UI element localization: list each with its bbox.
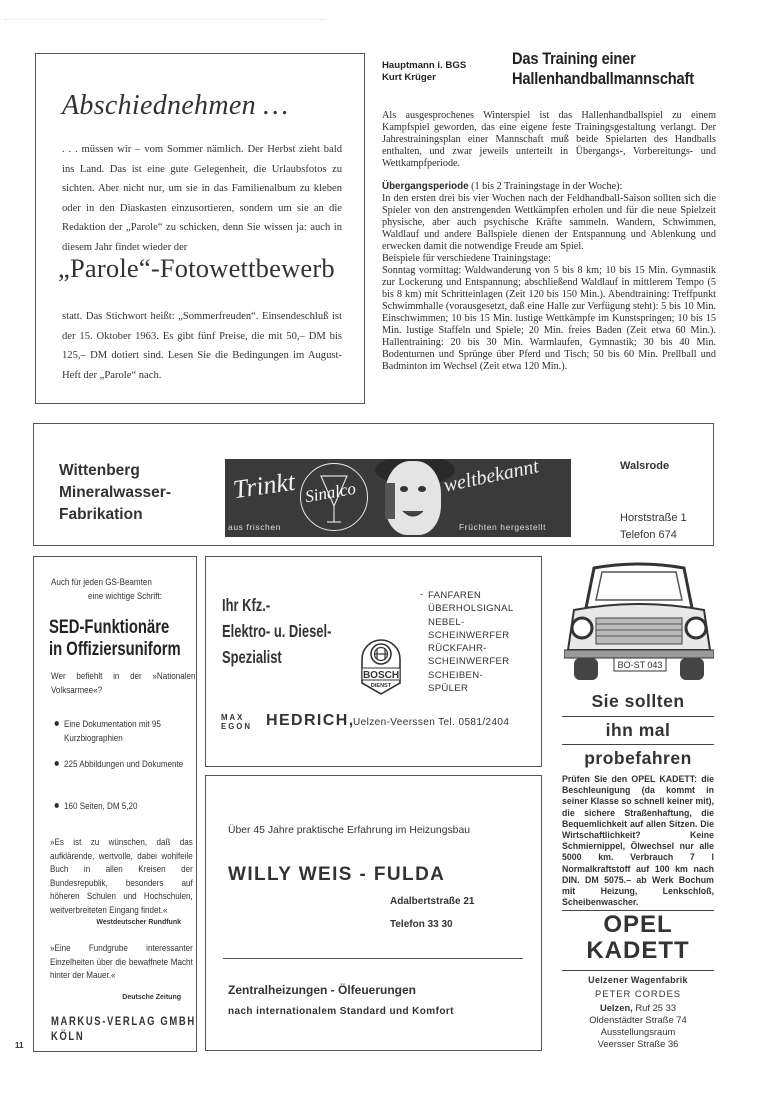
dealer-city: Uelzen, [600,1002,633,1013]
opel-kadett-ad: BO-ST 043 Sie sollten ihn mal probefahre… [562,555,714,1050]
bosch-list-dash: - [420,589,423,600]
service-item: SPÜLER [428,682,513,695]
sinalco-city: Walsrode [620,460,669,472]
section-sub: (1 bis 2 Trainingstage in der Woche): [469,181,623,192]
book-title-line1: SED-Funktionäre [49,617,181,639]
book-bullet: 160 Seiten, DM 5,20 [64,799,195,813]
bosch-first-names: MAX EGON [221,714,252,731]
book-quote-source: Deutsche Zeitung [122,994,181,1001]
training-section: Übergangsperiode (1 bis 2 Trainingstage … [382,181,716,373]
headline-line: Spezialist [222,644,331,670]
weis-street: Adalbertstraße 21 [390,896,474,907]
author-name: Kurt Krüger [382,72,466,84]
sinalco-banner-image: Trinkt Sinalco weltbekannt aus frischen … [225,459,571,537]
bosch-surname: HEDRICH, [266,712,355,730]
banner-trinkt: Trinkt [231,467,297,505]
brand-line: OPEL [562,912,714,938]
parole-contest-heading: „Parole“-Fotowettbewerb [58,253,335,284]
training-author: Hauptmann i. BGS Kurt Krüger [382,60,466,84]
company-line: Mineralwasser- [59,482,171,504]
bosch-ad-box: Ihr Kfz.- Elektro- u. Diesel- Spezialist… [205,556,542,767]
divider [562,744,714,745]
book-publisher: MARKUS-VERLAG GMBH KÖLN [51,1015,196,1045]
parole-intro-text: . . . müssen wir – vom Sommer nämlich. D… [62,140,342,258]
weis-heating-ad-box: Über 45 Jahre praktische Erfahrung im He… [205,775,542,1051]
page-number: 11 [15,1041,23,1050]
opel-slogan-line: ihn mal [562,720,714,741]
svg-text:BOSCH: BOSCH [363,670,399,681]
section-text: In den ersten drei bis vier Wochen nach … [382,193,716,253]
parole-photo-contest-box: Abschiednehmen … . . . müssen wir – vom … [35,53,365,404]
company-line: Fabrikation [59,504,171,526]
book-intro-line2: eine wichtige Schrift: [88,589,162,603]
banner-weltbekannt: weltbekannt [442,459,541,498]
dealer-address: Uelzen, Ruf 25 33 Oldenstädter Straße 74 [562,1002,714,1025]
book-quote: »Es ist zu wünschen, daß das aufklärende… [50,835,193,916]
bosch-headline: Ihr Kfz.- Elektro- u. Diesel- Spezialist [222,592,331,670]
section-label: Übergangsperiode [382,181,469,192]
sinalco-ad-box: Wittenberg Mineralwasser- Fabrikation Tr… [33,423,714,546]
bosch-dienst-logo-icon: BOSCH DIENST [356,637,406,697]
banner-bottom-left: aus frischen [228,522,281,532]
author-rank: Hauptmann i. BGS [382,60,466,72]
sinalco-phone: Telefon 674 [620,527,687,544]
opel-car-illustration-icon: BO-ST 043 [564,558,714,686]
training-title-line1: Das Training einer [512,49,694,69]
weis-services: Zentralheizungen - Ölfeuerungen [228,983,416,997]
divider [562,716,714,717]
service-item: SCHEINWERFER [428,655,513,668]
brand-line: KADETT [562,938,714,964]
service-item: ÜBERHOLSIGNAL [428,602,513,615]
book-title-line2: in Offiziersuniform [49,639,181,661]
parole-contest-text: statt. Das Stichwort heißt: „Sommerfreud… [62,307,342,385]
dealer-phone: Ruf 25 33 [633,1002,676,1013]
parole-title: Abschiednehmen … [62,90,288,122]
showroom-street: Veersser Straße 36 [562,1038,714,1050]
opel-slogan-line: probefahren [562,748,714,769]
dealer-street: Oldenstädter Straße 74 [562,1014,714,1026]
book-intro-line1: Auch für jeden GS-Beamten [51,575,152,589]
divider [223,958,523,959]
service-item: SCHEIBEN- [428,669,513,682]
divider [562,970,714,971]
publisher-name: MARKUS-VERLAG GMBH [51,1015,196,1030]
weis-standard: nach internationalem Standard und Komfor… [228,1006,454,1017]
book-bullet: 225 Abbildungen und Dokumente [64,757,195,771]
book-quote: »Eine Fundgrube interessanter Einzelheit… [50,941,193,982]
examples-heading: Beispiele für verschiedene Trainingstage… [382,253,716,265]
banner-bottom-right: Früchten hergestellt [459,522,546,532]
first-name: EGON [221,723,252,732]
scan-artifact [5,13,325,20]
publisher-city: KÖLN [51,1030,196,1045]
service-item: RÜCKFAHR- [428,642,513,655]
service-item: FANFAREN [428,589,513,602]
bosch-service-list: FANFAREN ÜBERHOLSIGNAL NEBEL- SCHEINWERF… [428,589,513,695]
opel-brand: OPEL KADETT [562,912,714,964]
opel-slogan-line: Sie sollten [562,691,714,712]
dealer-company: Uelzener Wagenfabrik [562,975,714,987]
weis-phone: Telefon 33 30 [390,919,453,930]
book-question: Wer befiehlt in der »Nationalen Volksarm… [51,669,195,696]
book-title: SED-Funktionäre in Offiziersuniform [49,617,181,661]
svg-text:BO-ST 043: BO-ST 043 [618,660,663,670]
dealer-showroom: Ausstellungsraum Veersser Straße 36 [562,1026,714,1049]
headline-line: Elektro- u. Diesel- [222,618,331,644]
headline-line: Ihr Kfz.- [222,592,331,618]
service-item: SCHEINWERFER [428,629,513,642]
training-title: Das Training einer Hallenhandballmannsch… [512,49,694,89]
company-line: Wittenberg [59,460,171,482]
woman-face-illustration [385,461,441,535]
book-quote-source: Westdeutscher Rundfunk [96,919,181,926]
training-title-line2: Hallenhandballmannschaft [512,69,694,89]
service-item: NEBEL- [428,616,513,629]
dealer-owner: PETER CORDES [562,988,714,1000]
weis-company-name: WILLY WEIS - FULDA [228,864,445,886]
svg-text:DIENST: DIENST [371,683,392,689]
training-intro: Als ausgesprochenes Winterspiel ist das … [382,110,716,170]
book-ad-box: Auch für jeden GS-Beamten eine wichtige … [33,556,197,1052]
showroom-label: Ausstellungsraum [562,1026,714,1038]
sinalco-street: Horststraße 1 [620,510,687,527]
opel-ad-copy: Prüfen Sie den OPEL KADETT: die Beschleu… [562,774,714,908]
sinalco-address: Horststraße 1 Telefon 674 [620,510,687,544]
bosch-address: Uelzen-Veerssen Tel. 0581/2404 [353,717,509,728]
weis-tagline: Über 45 Jahre praktische Erfahrung im He… [228,825,470,836]
book-bullet: Eine Dokumentation mit 95 Kurzbiographie… [64,717,195,744]
examples-text: Sonntag vormittag: Waldwanderung von 5 b… [382,265,716,373]
wittenberg-company: Wittenberg Mineralwasser- Fabrikation [59,460,171,526]
